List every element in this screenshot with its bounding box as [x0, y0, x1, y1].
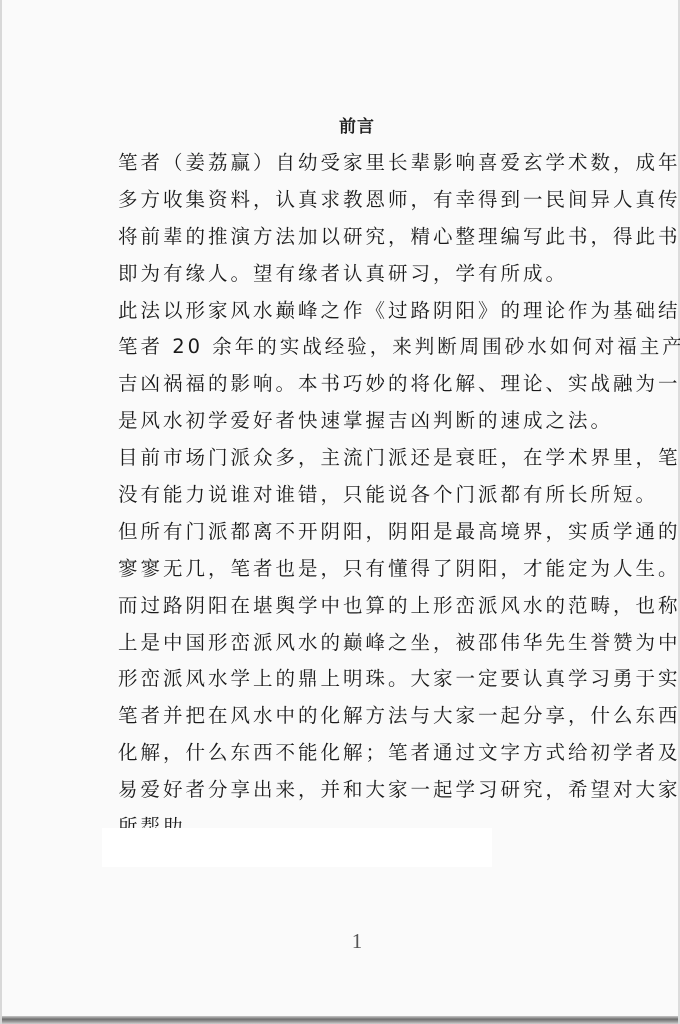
text-line: 吉凶祸福的影响。本书巧妙的将化解、理论、实战融为一体。 [118, 366, 608, 403]
text-line: 笔者 20 余年的实战经验，来判断周围砂水如何对福主产生 [118, 329, 608, 366]
text-line: 笔者（姜荔赢）自幼受家里长辈影响喜爱玄学术数，成年后 [118, 145, 608, 182]
text-line: 笔者并把在风水中的化解方法与大家一起分享，什么东西能 [118, 698, 608, 735]
page-title: 前言 [2, 112, 680, 137]
text-line: 化解，什么东西不能化解；笔者通过文字方式给初学者及周 [118, 735, 608, 772]
document-page: 前言 笔者（姜荔赢）自幼受家里长辈影响喜爱玄学术数，成年后 多方收集资料，认真求… [0, 0, 680, 1024]
text-line: 上是中国形峦派风水的巅峰之坐，被邵伟华先生誉赞为中国 [118, 625, 608, 662]
text-line: 此法以形家风水巅峰之作《过路阴阳》的理论作为基础结合 [118, 293, 608, 330]
text-line: 形峦派风水学上的鼎上明珠。大家一定要认真学习勇于实践。 [118, 661, 608, 698]
text-line: 而过路阴阳在堪舆学中也算的上形峦派风水的范畴，也称的 [118, 588, 608, 625]
text-line: 将前辈的推演方法加以研究，精心整理编写此书，得此书者 [118, 219, 608, 256]
text-line: 没有能力说谁对谁错，只能说各个门派都有所长所短。 [118, 477, 608, 514]
text-line: 即为有缘人。望有缘者认真研习，学有所成。 [118, 256, 608, 293]
text-line: 目前市场门派众多，主流门派还是衰旺，在学术界里，笔者 [118, 440, 608, 477]
scan-edge-shadow [2, 1016, 678, 1024]
whiteout-block [102, 828, 492, 867]
page-number: 1 [2, 929, 680, 954]
text-line: 但所有门派都离不开阴阳，阴阳是最高境界，实质学通的人 [118, 514, 608, 551]
text-line: 寥寥无几，笔者也是，只有懂得了阴阳，才能定为人生。 [118, 551, 608, 588]
text-line: 易爱好者分享出来，并和大家一起学习研究，希望对大家有 [118, 772, 608, 809]
text-line: 多方收集资料，认真求教恩师，有幸得到一民间异人真传， [118, 182, 608, 219]
preface-body: 笔者（姜荔赢）自幼受家里长辈影响喜爱玄学术数，成年后 多方收集资料，认真求教恩师… [118, 145, 608, 846]
text-line: 是风水初学爱好者快速掌握吉凶判断的速成之法。 [118, 403, 608, 440]
